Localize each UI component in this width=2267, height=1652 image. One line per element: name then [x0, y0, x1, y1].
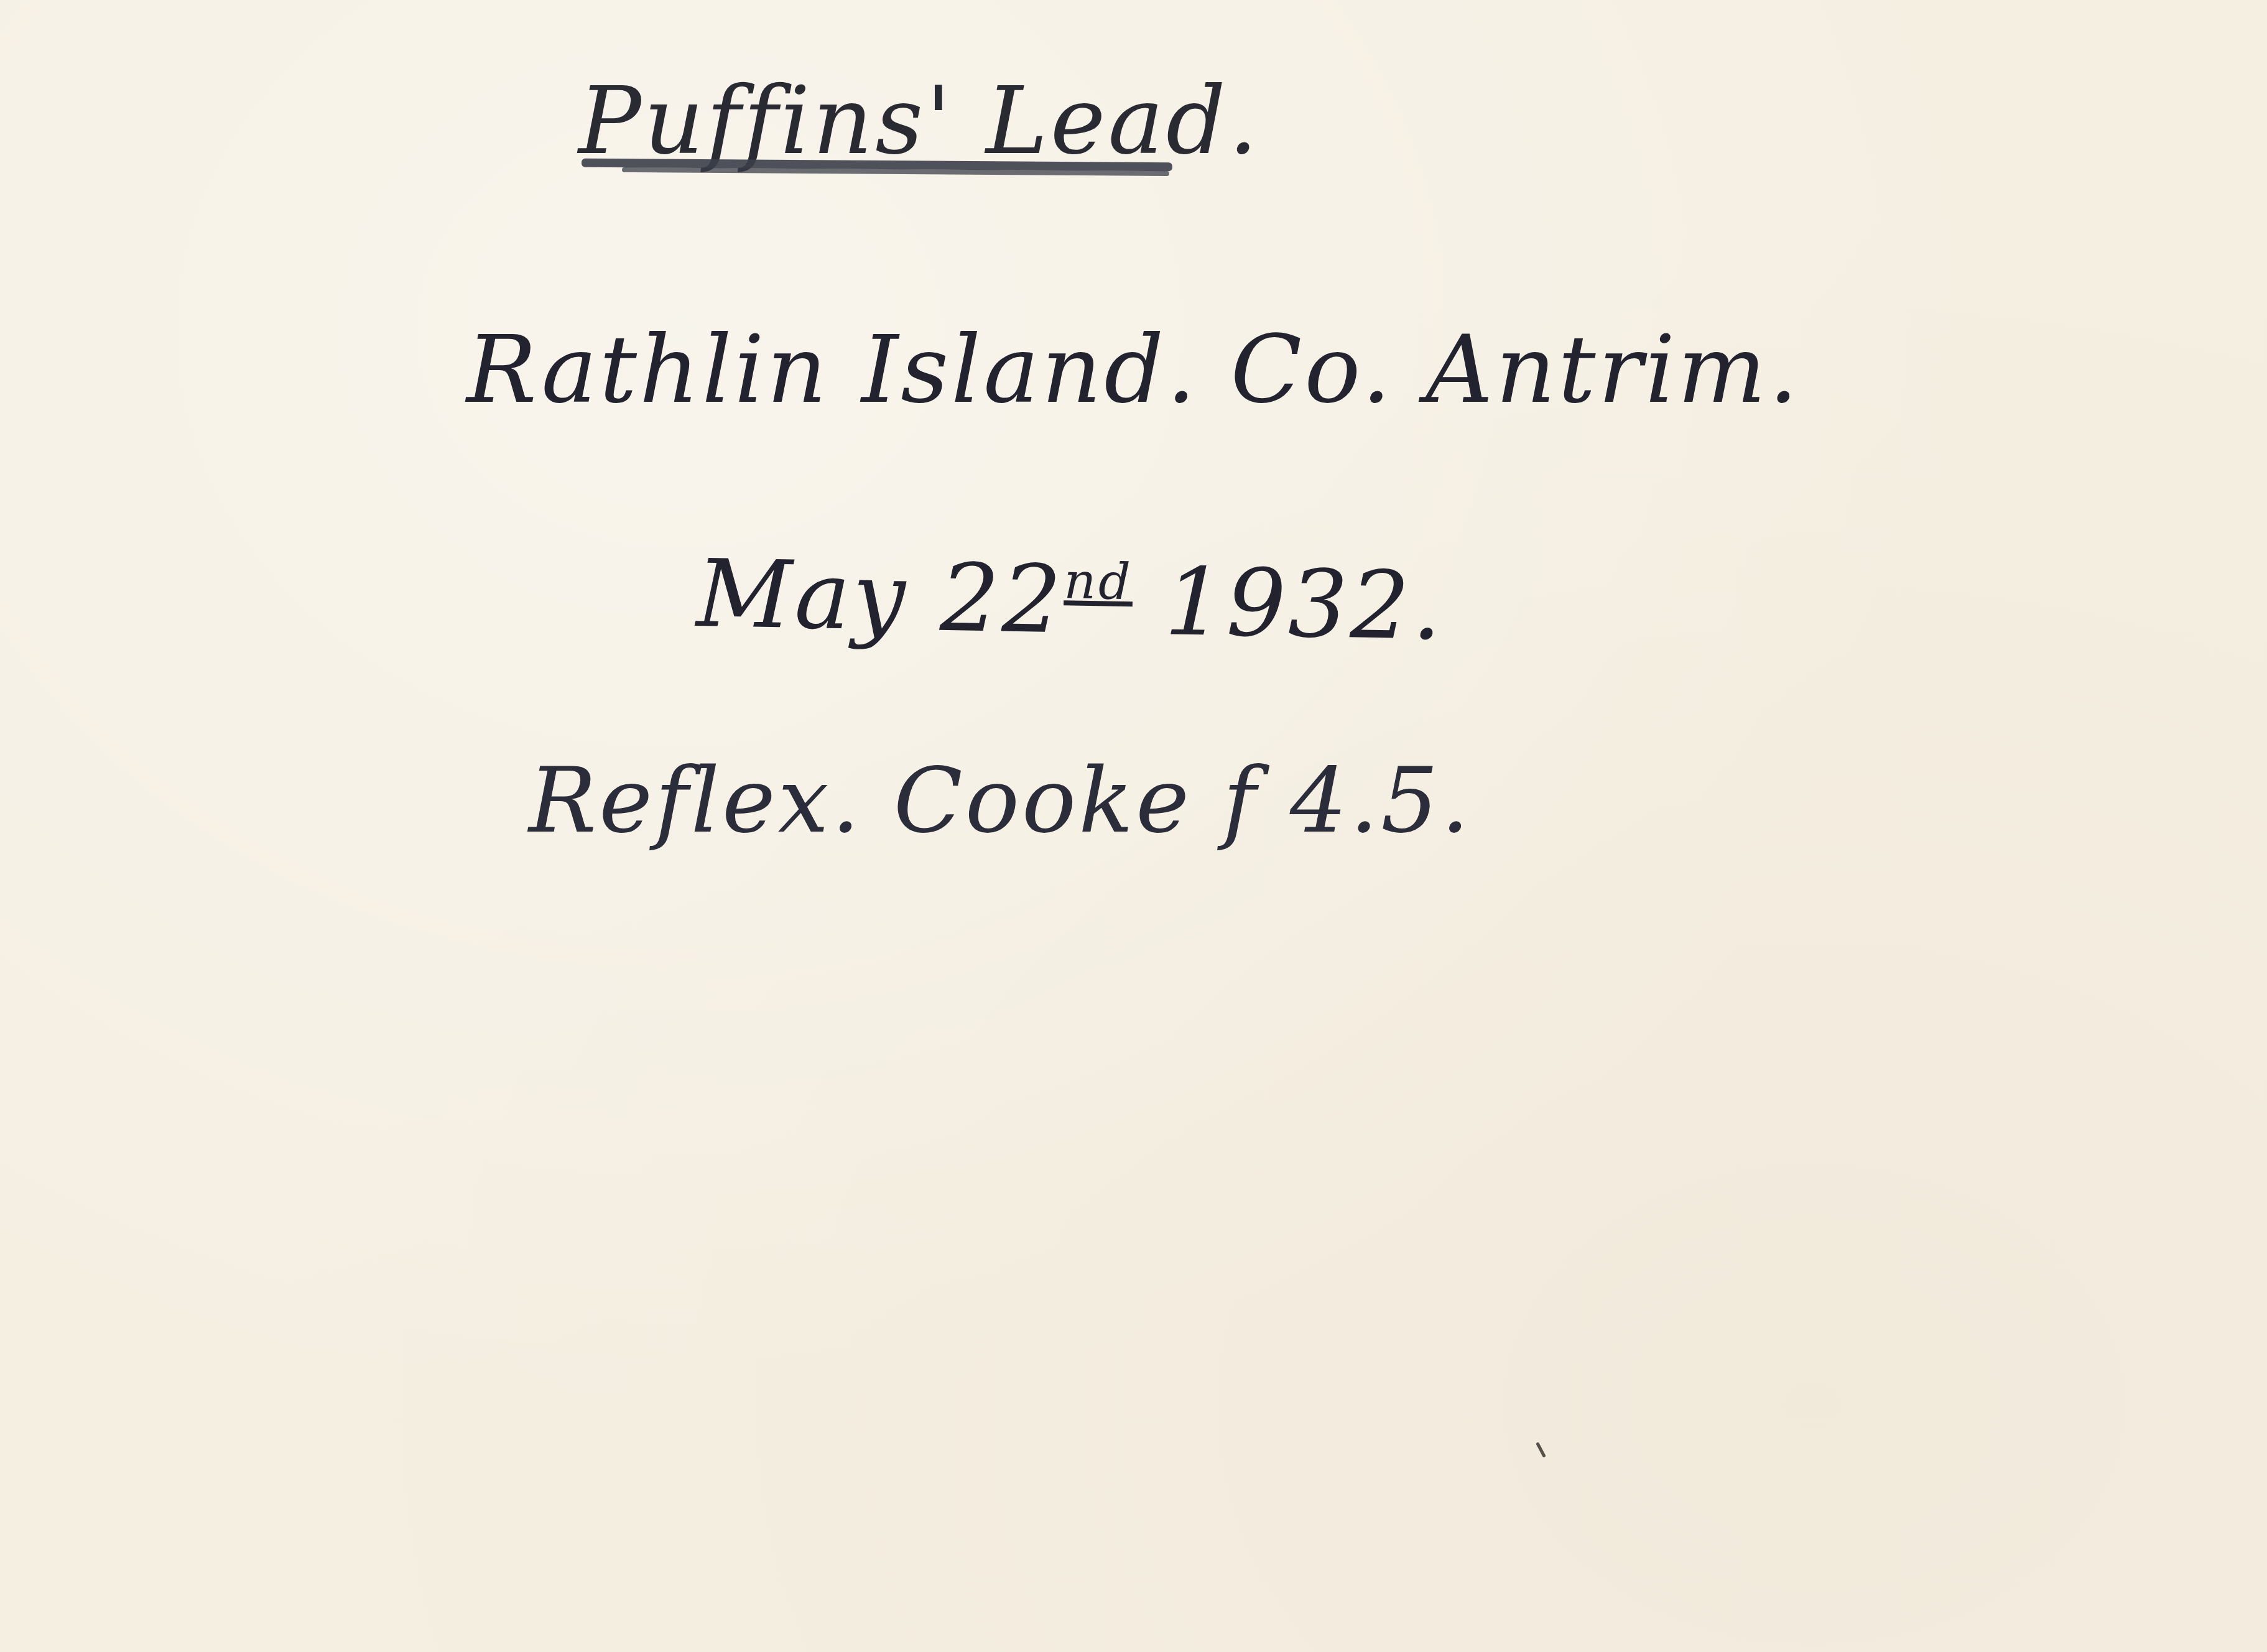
- date-day: May 22: [695, 540, 1064, 654]
- date-year: 1932.: [1131, 547, 1445, 661]
- caption-location: Rathlin Island. Co. Antrim.: [466, 323, 1801, 417]
- caption-title: Puffins' Lead.: [578, 75, 1261, 168]
- caption-camera-details: Reflex. Cooke f 4.5.: [529, 756, 1472, 846]
- date-ordinal-suffix: nd: [1064, 552, 1133, 611]
- caption-date: May 22nd 1932.: [696, 547, 1445, 654]
